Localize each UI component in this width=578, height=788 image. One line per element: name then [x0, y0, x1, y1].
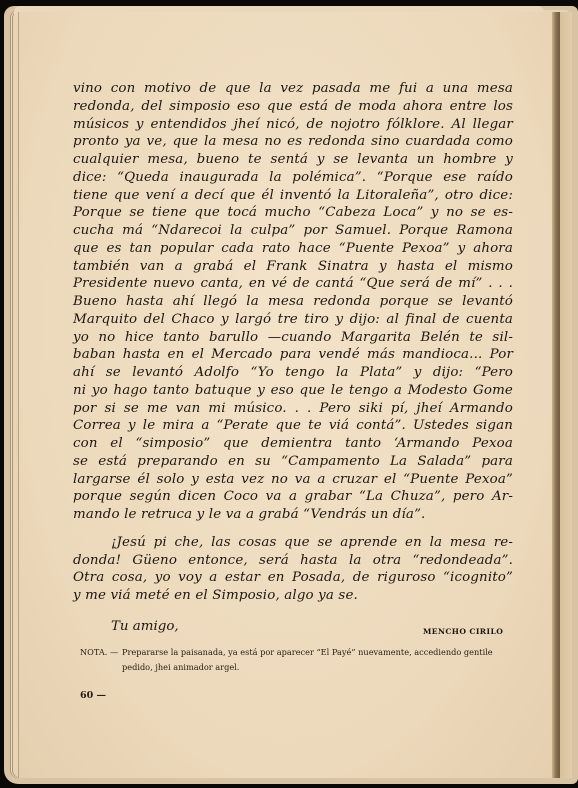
opposite-page-edge: [560, 12, 572, 778]
paragraph-2: ¡Jesú pi che, las cosas que se aprende e…: [73, 534, 513, 605]
page-content: vino con motivo de que la vez pasada me …: [73, 80, 513, 645]
book-spine-gutter: [552, 12, 560, 778]
text-line: cualquier mesa, bueno te sentá y se leva…: [73, 151, 513, 169]
text-line: ¡Jesú pi che, las cosas que se aprende e…: [73, 534, 513, 552]
author-signature: MENCHO CIRILO: [423, 627, 503, 636]
text-line: tiene que vení a decí que él inventó la …: [73, 187, 513, 205]
text-line: porque según dicen Coco va a grabar “La …: [73, 488, 513, 506]
text-line: con el “simposio” que demientra tanto ‘A…: [73, 435, 513, 453]
paragraph-1: vino con motivo de que la vez pasada me …: [73, 80, 513, 524]
text-line: mando le retruca y le va a grabá “Vendrá…: [73, 506, 513, 524]
text-line: Marquito del Chaco y largó tre tiro y di…: [73, 311, 513, 329]
text-line: que es tan popular cada rato hace “Puent…: [73, 240, 513, 258]
footnote: NOTA. — Prepararse la paisanada, ya está…: [80, 645, 520, 674]
text-line: dice: “Queda inaugurada la polémica”. “P…: [73, 169, 513, 187]
page-number: 60 —: [80, 690, 106, 701]
text-line: y me viá meté en el Simposio, algo ya se…: [73, 587, 513, 605]
closing-row: Tu amigo, MENCHO CIRILO: [73, 619, 513, 645]
text-line: Porque se tiene que tocá mucho “Cabeza L…: [73, 204, 513, 222]
text-line: Correa y le mira a “Perate que te viá co…: [73, 417, 513, 435]
text-line: baban hasta en el Mercado para vendé más…: [73, 346, 513, 364]
text-line: músicos y entendidos jheí nicó, de nojot…: [73, 116, 513, 134]
text-line: yo no hice tanto barullo —cuando Margari…: [73, 329, 513, 347]
text-line: cucha má “Ndarecoi la culpa” por Samuel.…: [73, 222, 513, 240]
text-line: pronto ya ve, que la mesa no es redonda …: [73, 133, 513, 151]
text-line: donda! Güeno entonce, será hasta la otra…: [73, 552, 513, 570]
footnote-text: Prepararse la paisanada, ya está por apa…: [122, 645, 520, 674]
text-line: también van a grabá el Frank Sinatra y h…: [73, 258, 513, 276]
text-line: vino con motivo de que la vez pasada me …: [73, 80, 513, 98]
footnote-label: NOTA. —: [80, 645, 118, 660]
text-line: Bueno hasta ahí llegó la mesa redonda po…: [73, 293, 513, 311]
closing-salutation: Tu amigo,: [111, 619, 179, 634]
text-line: redonda, del simposio eso que está de mo…: [73, 98, 513, 116]
text-line: ahí se levantó Adolfo “Yo tengo la Plata…: [73, 364, 513, 382]
text-line: se está preparando en su “Campamento La …: [73, 453, 513, 471]
text-line: por si se me van mi músico. . . Pero sik…: [73, 400, 513, 418]
text-line: largarse él solo y esta vez no va a cruz…: [73, 471, 513, 489]
text-line: ni yo hago tanto batuque y eso que le te…: [73, 382, 513, 400]
text-line: Otra cosa, yo voy a estar en Posada, de …: [73, 569, 513, 587]
text-line: Presidente nuevo canta, en vé de cantá “…: [73, 275, 513, 293]
